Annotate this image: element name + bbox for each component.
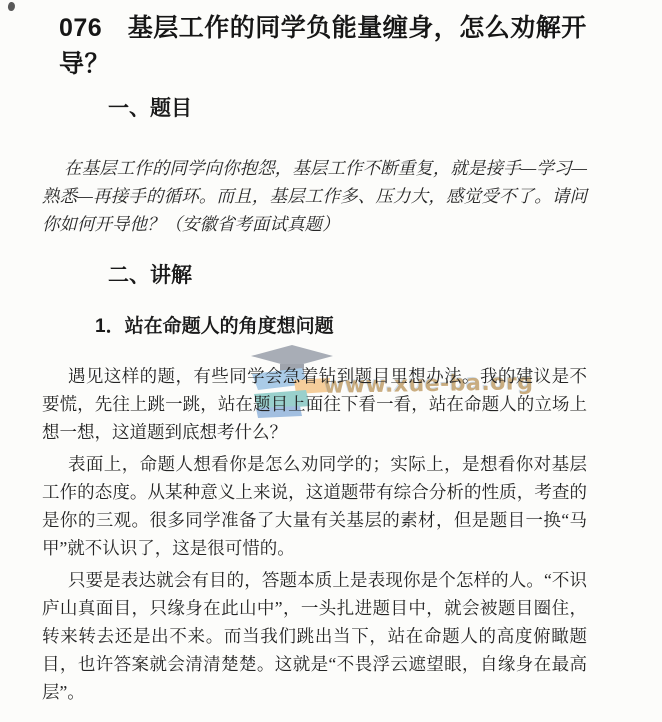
section-heading-question: 一、题目	[108, 95, 587, 122]
body-paragraph-1: 遇见这样的题，有些同学会急着钻到题目里想办法。我的建议是不要慌，先往上跳一跳，站…	[42, 362, 587, 446]
section-heading-explanation: 二、讲解	[108, 262, 587, 289]
document-content: 076 基层工作的同学负能量缠身，怎么劝解开 导？ 一、题目 在基层工作的同学向…	[0, 0, 642, 706]
scanned-document-page: www.xue-ba.org 076 基层工作的同学负能量缠身，怎么劝解开 导？…	[0, 0, 662, 722]
question-paragraph: 在基层工作的同学向你抱怨，基层工作不断重复，就是接手—学习—熟悉—再接手的循环。…	[42, 154, 587, 238]
body-paragraph-3: 只要是表达就会有目的，答题本质上是表现你是个怎样的人。“不识庐山真面目，只缘身在…	[42, 566, 587, 706]
subheading-point-1: 1．站在命题人的角度想问题	[95, 314, 587, 339]
body-paragraph-2: 表面上，命题人想看你是怎么劝同学的；实际上，是想看你对基层工作的态度。从某种意义…	[42, 450, 587, 562]
page-title: 076 基层工作的同学负能量缠身，怎么劝解开 导？	[59, 10, 587, 82]
